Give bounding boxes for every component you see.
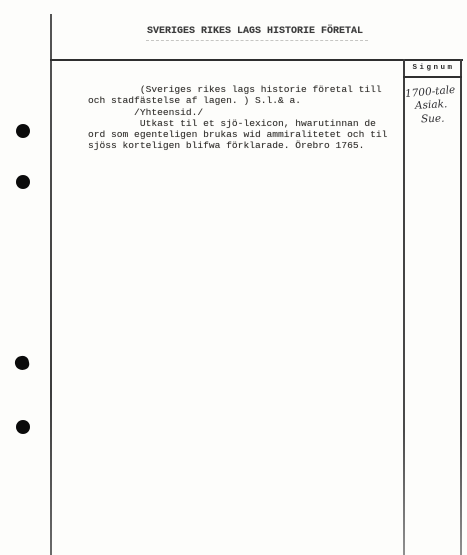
punch-hole-icon — [16, 124, 30, 138]
page-title: SVERIGES RIKES LAGS HISTORIE FÖRETAL — [147, 26, 363, 37]
signum-header-cell: Signum — [405, 60, 460, 76]
entry-line: ord som egenteligen brukas wid ammiralit… — [88, 129, 403, 140]
handwritten-note: 1700-tale — [405, 84, 456, 100]
entry-line: (Sveriges rikes lags historie företal ti… — [88, 84, 403, 95]
punch-hole-icon — [16, 420, 30, 434]
typewritten-entry: (Sveriges rikes lags historie företal ti… — [88, 84, 403, 152]
entry-line: /Yhteensid./ — [88, 107, 403, 118]
punch-hole-icon — [16, 175, 30, 189]
punch-hole-icon — [14, 355, 31, 372]
handwritten-note: Asiak. — [415, 98, 448, 112]
entry-line: och stadfästelse af lagen. ) S.l.& a. — [88, 95, 403, 106]
signum-label: Signum — [410, 64, 454, 72]
left-margin-rule — [50, 14, 52, 555]
signum-column-rule — [403, 59, 405, 555]
handwritten-note: Sue. — [421, 113, 445, 126]
entry-line: Utkast til et sjö-lexicon, hwarutinnan d… — [88, 118, 403, 129]
title-underline — [146, 40, 368, 41]
right-border-rule — [460, 59, 462, 555]
entry-line: sjöss korteligen blifwa förklarade. Öreb… — [88, 140, 403, 151]
top-border-rule — [50, 59, 463, 61]
catalog-card-page: SVERIGES RIKES LAGS HISTORIE FÖRETAL Sig… — [0, 0, 467, 555]
signum-cell-bottom-rule — [403, 76, 462, 78]
